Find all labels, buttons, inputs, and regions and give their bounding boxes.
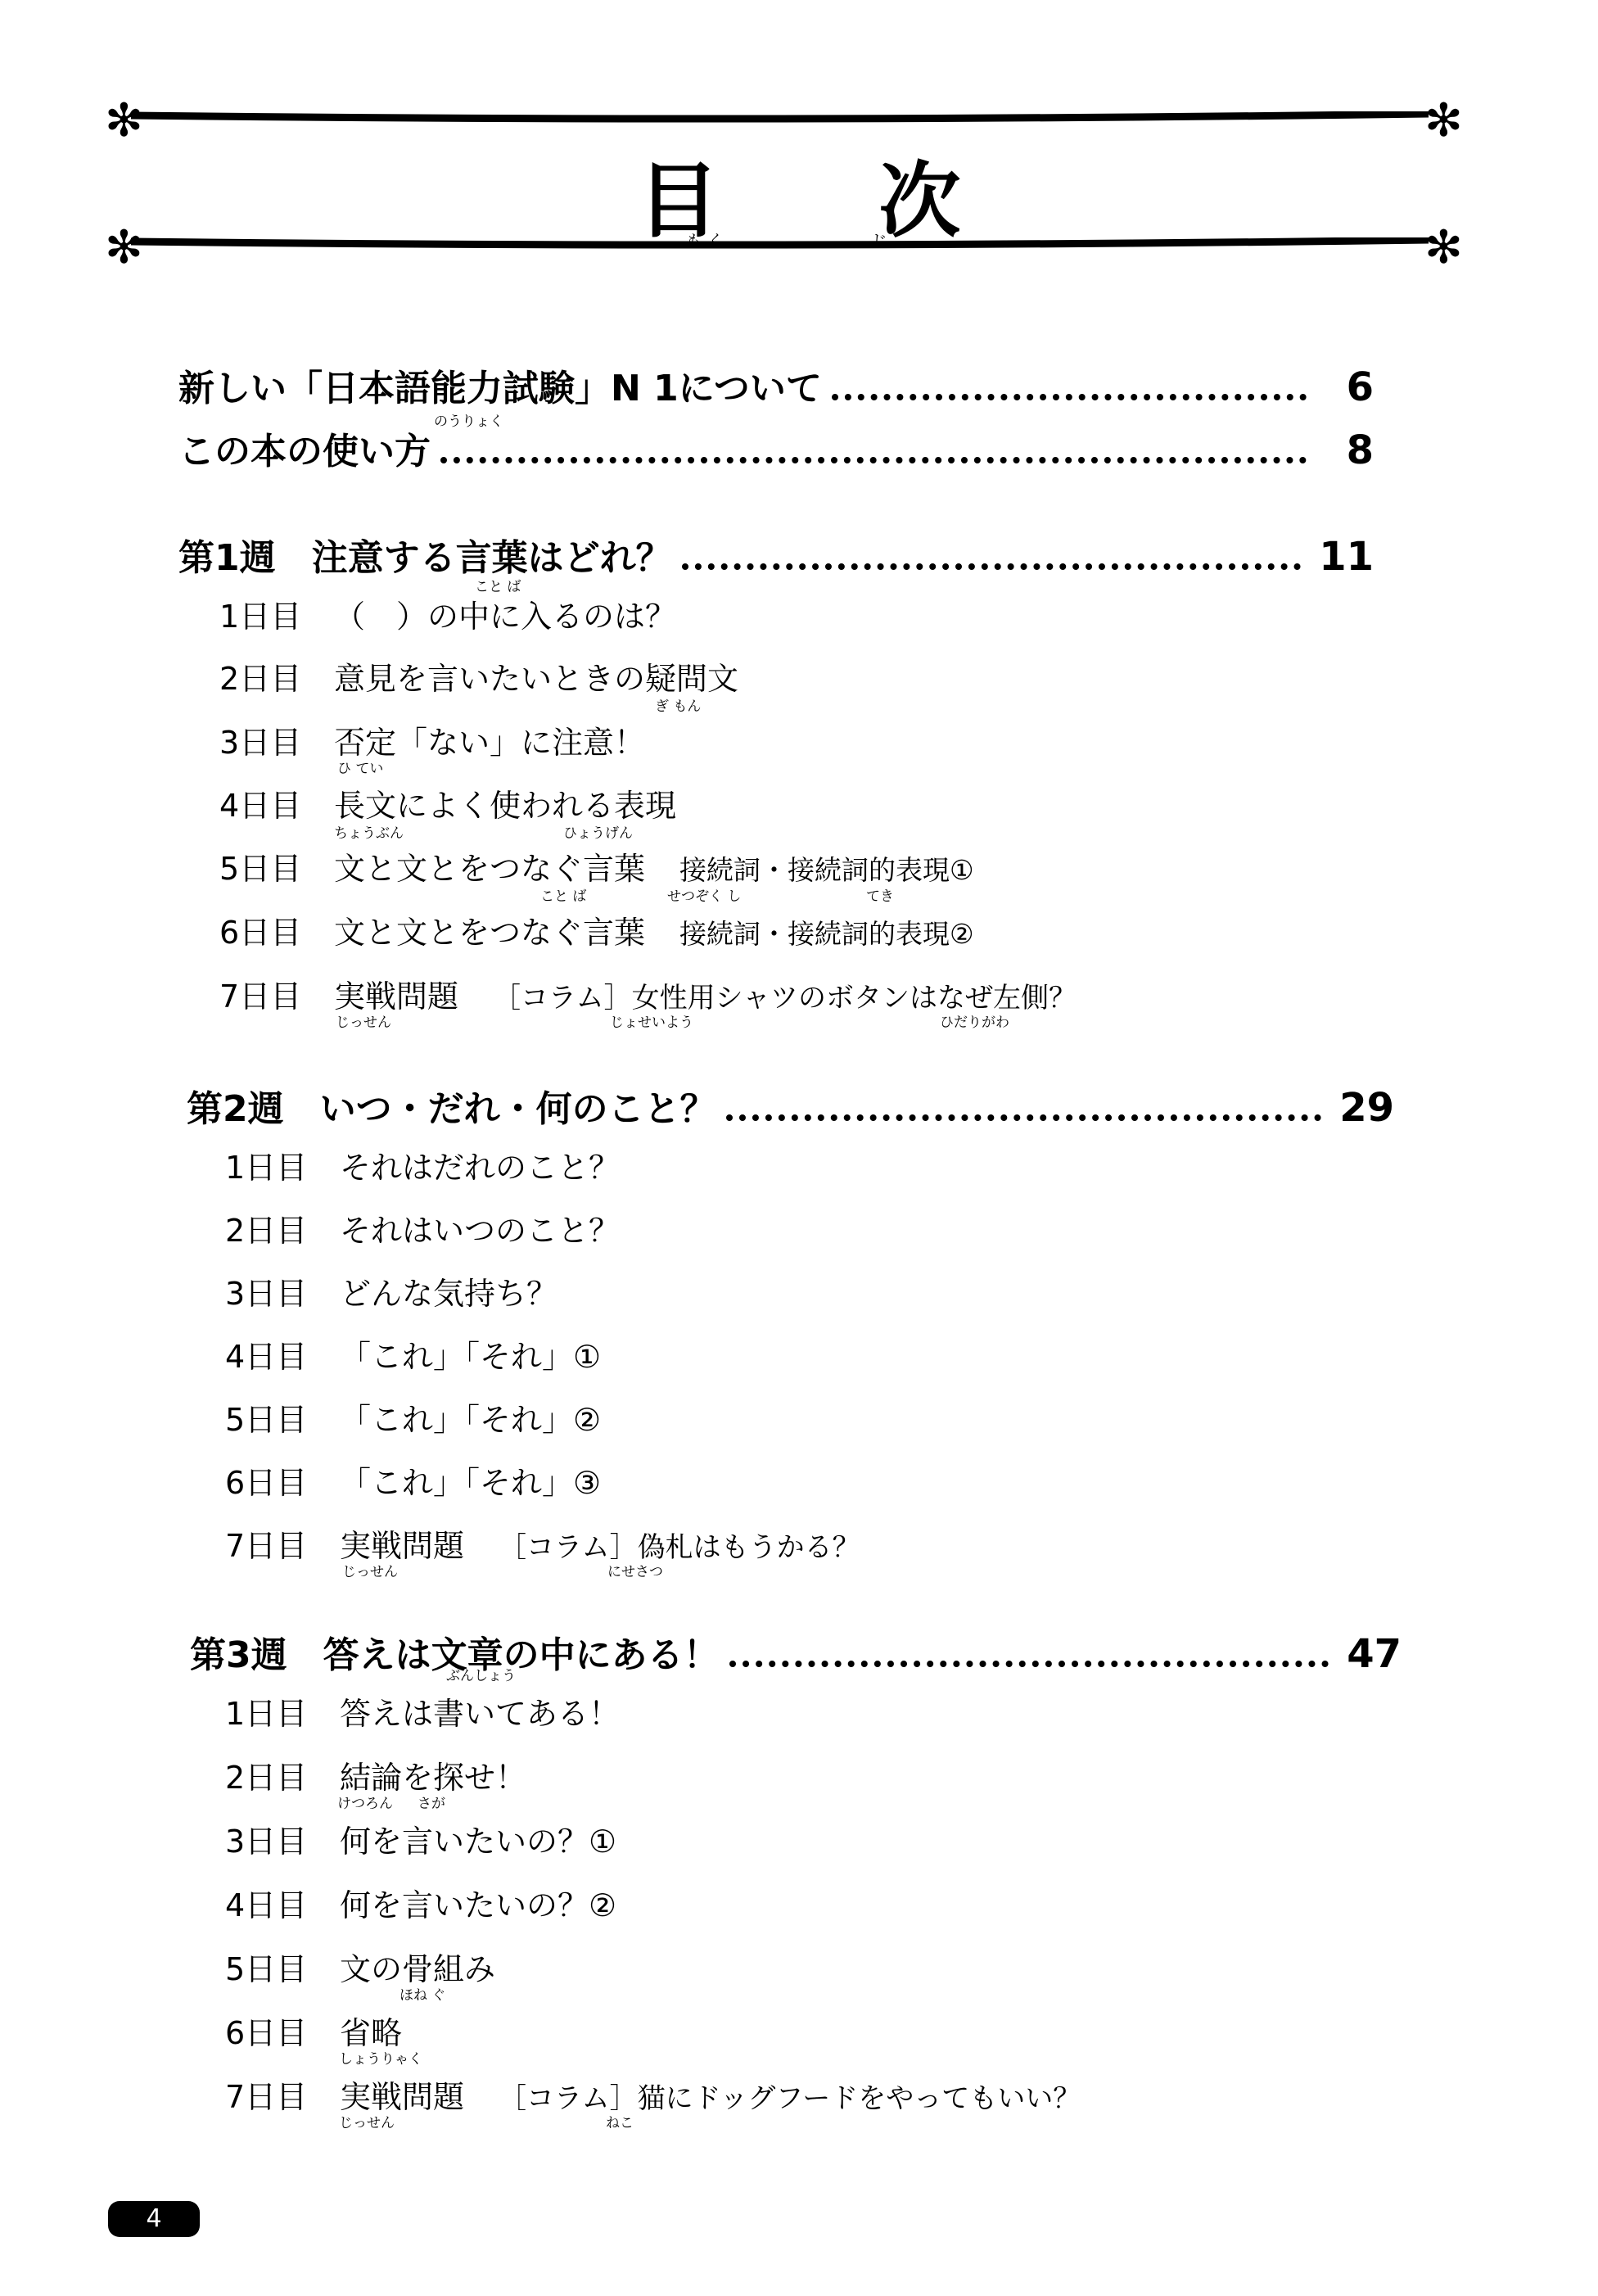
ruby: さが — [418, 1792, 445, 1812]
ruby: しょうりゃく — [339, 2047, 422, 2068]
toc-day[interactable]: 7日目実戦問題［コラム］猫にドッグフードをやってもいい？ — [225, 2072, 1081, 2117]
leader-dots — [729, 1661, 1329, 1667]
toc-day[interactable]: 1日目（ ）の中に入るのは？ — [219, 591, 676, 636]
ruby: じっせん — [336, 1010, 391, 1031]
leader-dots — [832, 394, 1307, 400]
leader-dots — [440, 457, 1307, 463]
page-ref: 8 — [1325, 427, 1374, 473]
ruby: こと ば — [540, 884, 586, 905]
ruby: ひだりがわ — [940, 1010, 1009, 1031]
toc-day[interactable]: 2日目それはいつのこと？ — [225, 1205, 620, 1250]
toc-day[interactable]: 5日目文と文とをつなぐ言葉接続詞・接続詞的表現① — [219, 843, 974, 888]
page-title: 目 次 — [0, 135, 1598, 253]
ruby: にせさつ — [607, 1560, 663, 1580]
toc-day[interactable]: 6日目文と文とをつなぐ言葉接続詞・接続詞的表現② — [219, 907, 974, 952]
toc-day[interactable]: 3日目否定「ない」に注意！ — [219, 717, 645, 762]
ruby: せつぞく し — [667, 884, 741, 905]
toc-day[interactable]: 1日目答えは書いてある！ — [225, 1688, 620, 1733]
toc-week-3[interactable]: 第3週 答えは文章の中にある！ 47 — [190, 1625, 1402, 1678]
toc-day[interactable]: 2日目結論を探せ！ — [225, 1752, 526, 1797]
ruby: じょせいよう — [610, 1010, 693, 1031]
page-ref: 47 — [1347, 1631, 1402, 1677]
toc-day[interactable]: 7日目実戦問題［コラム］偽札はもうかる？ — [225, 1521, 860, 1566]
toc-day[interactable]: 7日目実戦問題［コラム］女性用シャツのボタンはなぜ左側？ — [219, 971, 1077, 1016]
toc-day[interactable]: 5日目「これ」「それ」② — [225, 1394, 601, 1440]
bottom-rule — [131, 237, 1429, 249]
ruby: ひ てい — [337, 757, 383, 777]
toc-day[interactable]: 3日目何を言いたいの？① — [225, 1816, 616, 1861]
page-ref: 11 — [1319, 534, 1374, 580]
toc-week-1[interactable]: 第1週 注意する言葉はどれ？ 11 — [178, 528, 1374, 581]
toc-day[interactable]: 4日目長文によく使われる表現 — [219, 780, 676, 825]
toc-day[interactable]: 4日目「これ」「それ」① — [225, 1331, 601, 1376]
toc-day[interactable]: 3日目どんな気持ち？ — [225, 1268, 557, 1313]
toc-week-2[interactable]: 第2週 いつ・だれ・何のこと？ 29 — [187, 1079, 1394, 1132]
toc-entry-how-to-use[interactable]: この本の使い方 8 — [178, 422, 1374, 474]
ruby: ぶんしょう — [446, 1664, 516, 1684]
toc-day[interactable]: 1日目それはだれのこと？ — [225, 1142, 620, 1187]
ruby: ねこ — [606, 2111, 634, 2131]
toc-day[interactable]: 2日目意見を言いたいときの疑問文 — [219, 653, 738, 698]
ruby: てき — [866, 884, 894, 905]
ruby: ちょうぶん — [334, 821, 404, 842]
toc-day[interactable]: 4日目何を言いたいの？② — [225, 1880, 616, 1925]
ruby: じっせん — [342, 1560, 398, 1580]
toc-entry-about-n1[interactable]: 新しい「日本語能力試験」N 1について 6 — [178, 359, 1374, 411]
ruby: けつろん — [337, 1792, 393, 1812]
page-ref: 29 — [1339, 1085, 1394, 1131]
toc-day[interactable]: 6日目省略 — [225, 2008, 402, 2053]
asterisk-ornament-icon: ✻ — [1424, 225, 1463, 271]
ruby: ぎ もん — [655, 694, 701, 715]
toc-day[interactable]: 5日目文の骨組み — [225, 1944, 495, 1989]
page-ref: 6 — [1325, 364, 1374, 410]
ruby: ひょうげん — [563, 821, 633, 842]
leader-dots — [726, 1114, 1322, 1121]
ruby: ほね ぐ — [399, 1983, 445, 2004]
leader-dots — [682, 563, 1302, 570]
ruby: じっせん — [339, 2111, 395, 2131]
top-rule — [131, 111, 1429, 123]
page-number-badge: 4 — [108, 2201, 200, 2237]
toc-day[interactable]: 6日目「これ」「それ」③ — [225, 1458, 601, 1503]
